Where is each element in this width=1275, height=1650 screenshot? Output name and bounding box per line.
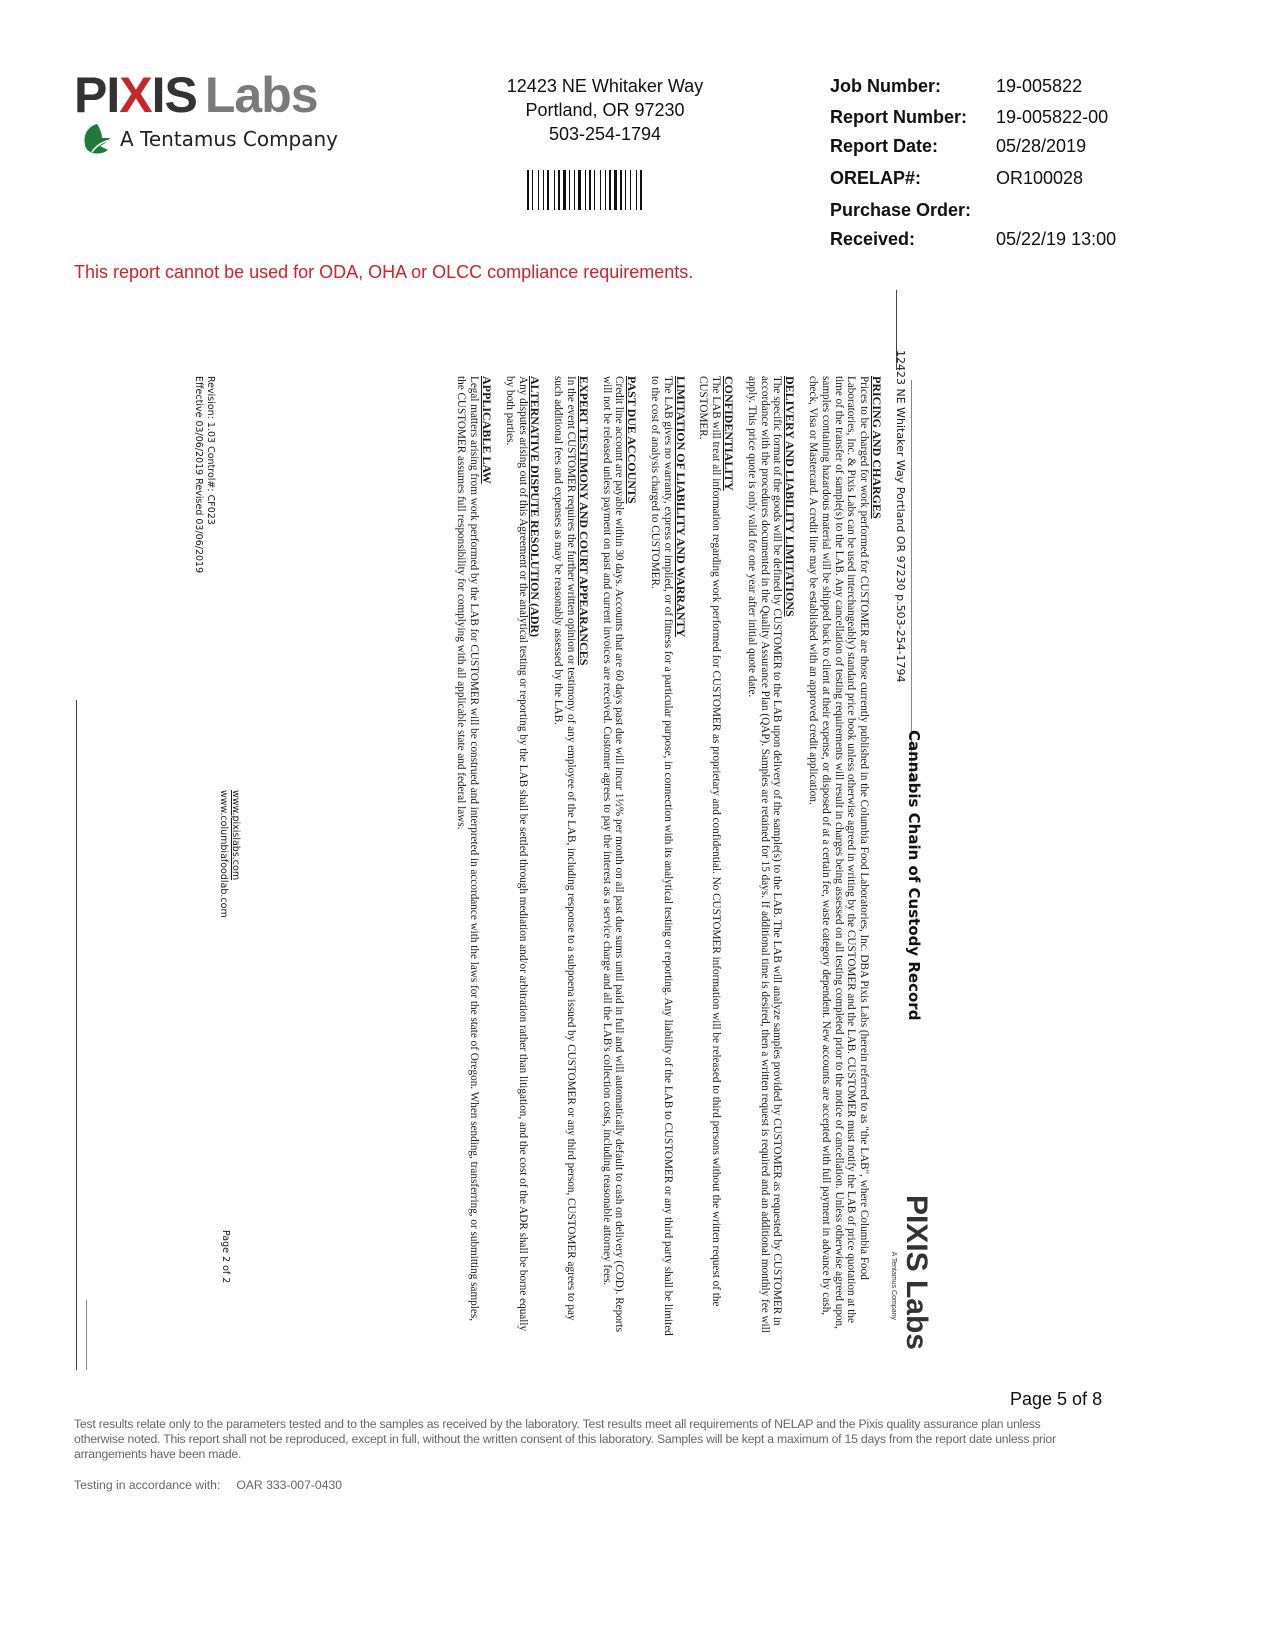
testing-label: Testing in accordance with: (74, 1478, 220, 1492)
url-columbiafoodlab[interactable]: www.columbiafoodlab.com (217, 790, 229, 918)
scanned-address: 12423 NE Whitaker Way Portland OR 97230 … (894, 350, 907, 683)
scanned-revision: Revision: 1.03 Control#: CF023 Effective… (192, 376, 216, 573)
address-phone: 503-254-1794 (480, 122, 730, 146)
section-body: In the event CUSTOMER requires the furth… (551, 376, 577, 1336)
rotated-content: PIXIS Labs A Tentamus Company Cannabis C… (151, 350, 911, 1350)
terms-section: PRICING AND CHARGESPrices to be charged … (806, 376, 883, 1336)
company-logo: PIXISLabs A Tentamus Company (74, 70, 364, 160)
scanned-terms-page: PIXIS Labs A Tentamus Company Cannabis C… (76, 290, 936, 1390)
meta-value: 19-005822 (996, 76, 1082, 97)
lab-address: 12423 NE Whitaker Way Portland, OR 97230… (480, 74, 730, 146)
terms-section: ALTERNATIVE DISPUTE RESOLUTION (ADR)Any … (503, 376, 541, 1336)
meta-label: Report Date: (830, 136, 938, 157)
meta-value: 05/28/2019 (996, 136, 1086, 157)
terms-section: CONFIDENTIALITYThe LAB will treat all in… (697, 376, 735, 1336)
section-body: The specific format of the goods will be… (745, 376, 783, 1336)
section-body: The LAB gives no warranty, express or im… (648, 376, 674, 1336)
logo-text-x: X (119, 67, 151, 123)
section-heading: LIMITATION OF LIABILITY AND WARRANTY (674, 376, 687, 1336)
section-body: Prices to be charged for work performed … (806, 376, 870, 1336)
address-street: 12423 NE Whitaker Way (480, 74, 730, 98)
section-heading: EXPERT TESTIMONY AND COURT APPEARANCES (577, 376, 590, 1336)
meta-label: Purchase Order: (830, 200, 971, 221)
section-heading: PRICING AND CHARGES (870, 376, 883, 1336)
section-heading: DELIVERY AND LIABILITY LIMITATIONS (783, 376, 796, 1336)
scanned-page-number: Page 2 of 2 (220, 1230, 231, 1283)
page-number: Page 5 of 8 (1010, 1389, 1102, 1410)
terms-section: EXPERT TESTIMONY AND COURT APPEARANCESIn… (551, 376, 589, 1336)
section-heading: APPLICABLE LAW (480, 376, 493, 1336)
scanned-urls: www.pixislabs.com www.columbiafoodlab.co… (217, 790, 241, 918)
logo-text-labs: Labs (205, 67, 318, 123)
effective-text: Effective 03/06/2019 Revised 03/06/2019 (192, 376, 204, 573)
meta-value: OR100028 (996, 168, 1083, 189)
section-body: Credit line account are payable within 3… (600, 376, 626, 1336)
logo-text-pi: PI (74, 67, 119, 123)
scanned-logo: PIXIS Labs (899, 1195, 933, 1350)
logo-wordmark: PIXISLabs (74, 70, 364, 120)
barcode (527, 170, 667, 210)
section-heading: ALTERNATIVE DISPUTE RESOLUTION (ADR) (529, 376, 542, 1336)
meta-value: 19-005822-00 (996, 107, 1108, 128)
terms-section: LIMITATION OF LIABILITY AND WARRANTYThe … (648, 376, 686, 1336)
terms-section: APPLICABLE LAWLegal matters arising from… (455, 376, 493, 1336)
section-body: The LAB will treat all information regar… (697, 376, 723, 1336)
disclaimer: Test results relate only to the paramete… (74, 1417, 1084, 1462)
meta-label: ORELAP#: (830, 168, 921, 189)
scanned-title: Cannabis Chain of Custody Record (905, 730, 923, 1020)
meta-label: Job Number: (830, 76, 941, 97)
terms-section: DELIVERY AND LIABILITY LIMITATIONSThe sp… (745, 376, 796, 1336)
testing-accordance: Testing in accordance with:OAR 333-007-0… (74, 1478, 342, 1492)
section-body: Any disputes arising out of this Agreeme… (503, 376, 529, 1336)
scanned-logo-tagline: A Tentamus Company (890, 1252, 897, 1320)
testing-value: OAR 333-007-0430 (236, 1478, 342, 1492)
section-heading: CONFIDENTIALITY (722, 376, 735, 1336)
meta-label: Received: (830, 229, 915, 250)
url-pixislabs[interactable]: www.pixislabs.com (229, 790, 241, 918)
compliance-warning: This report cannot be used for ODA, OHA … (74, 262, 693, 283)
terms-section: PAST DUE ACCOUNTSCredit line account are… (600, 376, 638, 1336)
section-body: Legal matters arising from work performe… (455, 376, 481, 1336)
address-city: Portland, OR 97230 (480, 98, 730, 122)
revision-text: Revision: 1.03 Control#: CF023 (204, 376, 216, 573)
leaf-icon (80, 122, 114, 156)
meta-label: Report Number: (830, 107, 967, 128)
terms-sections: PRICING AND CHARGESPrices to be charged … (445, 376, 883, 1336)
section-heading: PAST DUE ACCOUNTS (625, 376, 638, 1336)
logo-text-is: IS (152, 67, 197, 123)
logo-tagline: A Tentamus Company (120, 127, 338, 151)
meta-value: 05/22/19 13:00 (996, 229, 1116, 250)
